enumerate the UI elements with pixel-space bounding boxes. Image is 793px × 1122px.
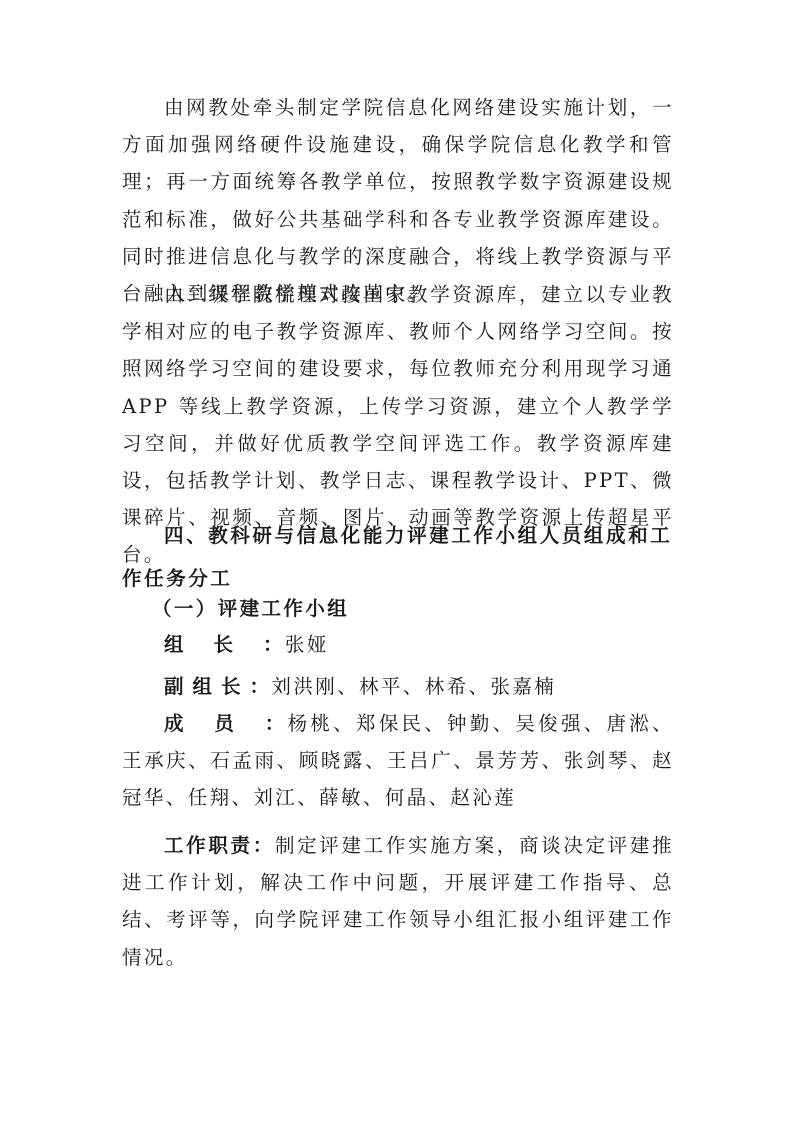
leader-value: 张娅 — [285, 633, 329, 656]
group-leader-row: 组长：张娅 — [122, 626, 674, 663]
deputy-colon: ： — [250, 675, 272, 698]
members-colon: ： — [265, 712, 288, 735]
group-deputy-row: 副组长：刘洪刚、林平、林希、张嘉楠 — [122, 668, 674, 705]
duties-label: 工作职责： — [164, 834, 275, 857]
duties-row: 工作职责：制定评建工作实施方案，商谈决定评建推进工作计划，解决工作中问题，开展评… — [122, 827, 674, 976]
subsection-heading: （一）评建工作小组 — [122, 590, 674, 627]
subsection-heading-text: （一）评建工作小组 — [122, 590, 674, 627]
leader-label: 组长 — [164, 633, 263, 656]
section-heading-text: 四、教科研与信息化能力评建工作小组人员组成和工作任务分工 — [122, 514, 674, 600]
members-label: 成员 — [164, 712, 265, 735]
document-page: 由网教处牵头制定学院信息化网络建设实施计划，一方面加强网络硬件设施建设，确保学院… — [0, 0, 793, 1122]
group-members-row: 成员：杨桃、郑保民、钟勤、吴俊强、唐淞、王承庆、石孟雨、顾晓露、王吕广、景芳芳、… — [122, 705, 674, 817]
section-heading: 四、教科研与信息化能力评建工作小组人员组成和工作任务分工 — [122, 514, 674, 600]
deputy-label: 副组长 — [164, 675, 250, 698]
deputy-value: 刘洪刚、林平、林希、张嘉楠 — [271, 675, 556, 698]
leader-colon: ： — [263, 633, 285, 656]
